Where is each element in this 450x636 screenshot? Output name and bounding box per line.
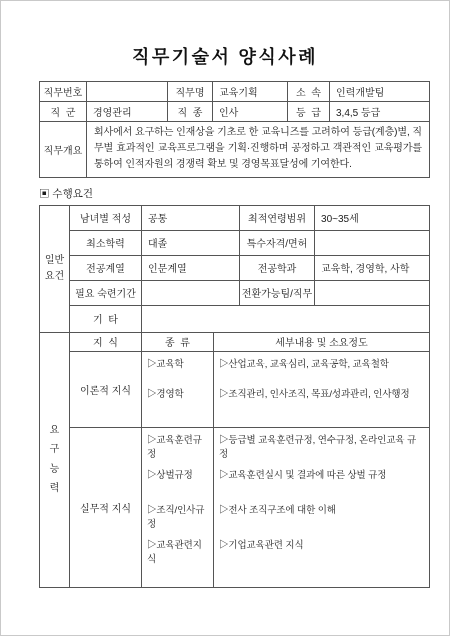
table-row: 기 타 [40, 305, 430, 332]
table-row: 직무개요 회사에서 요구하는 인재상을 기초로 한 교육니즈를 고려하여 등급(… [40, 122, 430, 178]
min-education-label: 최소학력 [70, 230, 142, 255]
table-row: 최소학력 대졸 특수자격/면허 [40, 230, 430, 255]
table-row: 직 군 경영관리 직 종 인사 등 급 3,4,5 등급 [40, 102, 430, 122]
list-item: ▷기업교육관련 지식 [219, 539, 425, 574]
table-row: 전공계열 인문계열 전공학과 교육학, 경영학, 사학 [40, 255, 430, 280]
table-row: 요구능력 지 식 종 류 세부내용 및 소요정도 [40, 332, 430, 351]
job-name-value: 교육기획 [213, 82, 288, 102]
section-heading-label: 수행요건 [52, 188, 93, 200]
etc-value [142, 305, 430, 332]
kind-header: 종 류 [142, 332, 214, 351]
section-heading: ▣ 수행요건 [39, 186, 449, 201]
special-license-value [315, 230, 430, 255]
section-marker-icon: ▣ [39, 188, 50, 200]
list-item: ▷교육훈련규정 [147, 434, 209, 469]
knowledge-header: 지 식 [70, 332, 142, 351]
major-dept-value: 교육학, 경영학, 사학 [315, 255, 430, 280]
practical-knowledge-label: 실무적 지식 [70, 427, 142, 587]
practical-details: ▷등급별 교육훈련규정, 연수규정, 온라인교육 규정 ▷교육훈련실시 및 결과… [214, 427, 430, 587]
optimal-age-value: 30~35세 [315, 205, 430, 230]
transferable-team-value [315, 280, 430, 305]
job-type-label: 직 종 [168, 102, 213, 122]
major-field-value: 인문계열 [142, 255, 240, 280]
min-education-value: 대졸 [142, 230, 240, 255]
job-overview-label: 직무개요 [40, 122, 87, 178]
list-item: ▷교육학 [147, 358, 209, 388]
general-requirements-group-label: 일반요건 [40, 205, 70, 332]
list-item: ▷경영학 [147, 388, 209, 418]
job-group-value: 경영관리 [87, 102, 168, 122]
page-title: 직무기술서 양식사례 [1, 43, 449, 69]
theoretical-kinds: ▷교육학 ▷경영학 [142, 351, 214, 427]
table-row: 일반요건 남녀별 적성 공통 최적연령범위 30~35세 [40, 205, 430, 230]
table-row: 실무적 지식 ▷교육훈련규정 ▷상벌규정 ▷조직/인사규정 ▷교육관련지식 ▷등… [40, 427, 430, 587]
document-page: 직무기술서 양식사례 직무번호 직무명 교육기획 소 속 인력개발팀 직 군 경… [0, 0, 450, 636]
transferable-team-label: 전환가능팀/직무 [240, 280, 315, 305]
optimal-age-label: 최적연령범위 [240, 205, 315, 230]
gender-aptitude-label: 남녀별 적성 [70, 205, 142, 230]
gender-aptitude-value: 공통 [142, 205, 240, 230]
practical-kinds: ▷교육훈련규정 ▷상벌규정 ▷조직/인사규정 ▷교육관련지식 [142, 427, 214, 587]
table-row: 직무번호 직무명 교육기획 소 속 인력개발팀 [40, 82, 430, 102]
job-number-label: 직무번호 [40, 82, 87, 102]
list-item: ▷전사 조직구조에 대한 이해 [219, 504, 425, 539]
job-name-label: 직무명 [168, 82, 213, 102]
job-header-table: 직무번호 직무명 교육기획 소 속 인력개발팀 직 군 경영관리 직 종 인사 … [39, 81, 430, 178]
table-row: 이론적 지식 ▷교육학 ▷경영학 ▷산업교육, 교육심리, 교육공학, 교육철학… [40, 351, 430, 427]
special-license-label: 특수자격/면허 [240, 230, 315, 255]
job-number-value [87, 82, 168, 102]
requirements-table: 일반요건 남녀별 적성 공통 최적연령범위 30~35세 최소학력 대졸 특수자… [39, 205, 430, 588]
grade-label: 등 급 [288, 102, 330, 122]
department-label: 소 속 [288, 82, 330, 102]
list-item: ▷조직/인사규정 [147, 504, 209, 539]
job-overview-text: 회사에서 요구하는 인재상을 기초로 한 교육니즈를 고려하여 등급(계층)별,… [87, 122, 430, 178]
list-item: ▷교육관련지식 [147, 539, 209, 574]
table-row: 필요 숙련기간 전환가능팀/직무 [40, 280, 430, 305]
grade-value: 3,4,5 등급 [330, 102, 430, 122]
detail-header: 세부내용 및 소요정도 [214, 332, 430, 351]
theoretical-details: ▷산업교육, 교육심리, 교육공학, 교육철학 ▷조직관리, 인사조직, 목표/… [214, 351, 430, 427]
department-value: 인력개발팀 [330, 82, 430, 102]
theoretical-knowledge-label: 이론적 지식 [70, 351, 142, 427]
required-ability-group-label: 요구능력 [40, 332, 70, 587]
list-item: ▷산업교육, 교육심리, 교육공학, 교육철학 [219, 358, 425, 388]
training-period-label: 필요 숙련기간 [70, 280, 142, 305]
job-type-value: 인사 [213, 102, 288, 122]
list-item: ▷상벌규정 [147, 469, 209, 504]
major-field-label: 전공계열 [70, 255, 142, 280]
etc-label: 기 타 [70, 305, 142, 332]
list-item: ▷조직관리, 인사조직, 목표/성과관리, 인사행정 [219, 388, 425, 418]
major-dept-label: 전공학과 [240, 255, 315, 280]
list-item: ▷교육훈련실시 및 결과에 따른 상벌 규정 [219, 469, 425, 504]
training-period-value [142, 280, 240, 305]
job-group-label: 직 군 [40, 102, 87, 122]
list-item: ▷등급별 교육훈련규정, 연수규정, 온라인교육 규정 [219, 434, 425, 469]
